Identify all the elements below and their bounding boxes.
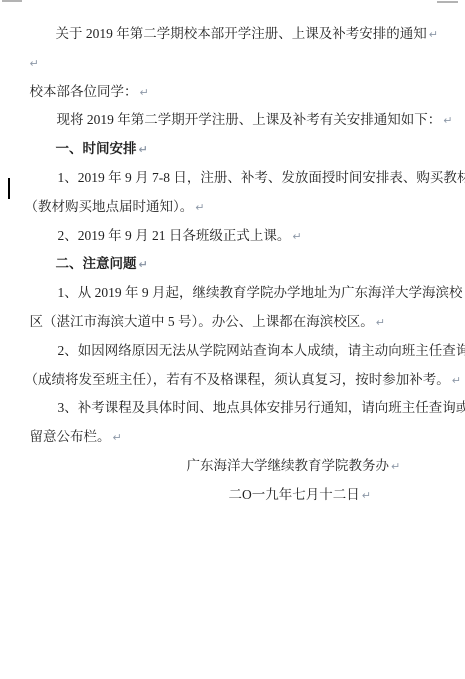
section-2-heading[interactable]: 二、注意问题↵ bbox=[42, 238, 148, 255]
item-2-1-line-1[interactable]: 1、从 2019 年 9 月起，继续教育学院办学地址为广东海洋大学海滨校 bbox=[44, 267, 463, 284]
document-page[interactable]: 关于 2019 年第二学期校本部开学注册、上课及补考安排的通知↵ ↵ 校本部各位… bbox=[0, 0, 465, 679]
line-text: 二O一九年七月十二日 bbox=[229, 487, 360, 502]
margin-crop-mark-right bbox=[437, 1, 458, 3]
item-1-1-line-1[interactable]: 1、2019 年 9 月 7-8 日，注册、补考、发放面授时间安排表、购买教材 bbox=[44, 152, 465, 169]
paragraph-mark-icon: ↵ bbox=[292, 230, 301, 243]
signature-line[interactable]: 广东海洋大学继续教育学院教务办↵ bbox=[173, 440, 400, 457]
item-2-1-line-2[interactable]: 区（湛江市海滨大道中 5 号）。办公、上课都在海滨校区。↵ bbox=[16, 296, 385, 313]
paragraph-mark-icon: ↵ bbox=[362, 489, 371, 502]
paragraph-mark-icon: ↵ bbox=[113, 431, 122, 444]
item-1-2-line[interactable]: 2、2019 年 9 月 21 日各班级正式上课。↵ bbox=[44, 210, 302, 227]
item-2-2-line-1[interactable]: 2、如因网络原因无法从学院网站查询本人成绩，请主动向班主任查询 bbox=[44, 325, 465, 342]
item-1-1-line-2[interactable]: （教材购买地点届时通知）。↵ bbox=[11, 181, 204, 198]
empty-paragraph[interactable]: ↵ bbox=[14, 37, 39, 54]
text-cursor bbox=[8, 178, 10, 199]
salutation-line[interactable]: 校本部各位同学：↵ bbox=[16, 66, 149, 83]
item-2-3-line-1[interactable]: 3、补考课程及具体时间、地点具体安排另行通知，请向班主任查询或 bbox=[44, 382, 465, 399]
paragraph-mark-icon: ↵ bbox=[429, 28, 438, 41]
date-line[interactable]: 二O一九年七月十二日↵ bbox=[215, 469, 371, 486]
intro-line[interactable]: 现将 2019 年第二学期开学注册、上课及补考有关安排通知如下：↵ bbox=[43, 94, 452, 111]
item-2-2-line-2[interactable]: （成绩将发至班主任），若有不及格课程，须认真复习，按时参加补考。↵ bbox=[11, 354, 461, 371]
section-1-heading[interactable]: 一、时间安排↵ bbox=[42, 123, 148, 140]
margin-crop-mark-left bbox=[2, 0, 22, 2]
paragraph-mark-icon: ↵ bbox=[443, 114, 452, 127]
title-line[interactable]: 关于 2019 年第二学期校本部开学注册、上课及补考安排的通知↵ bbox=[42, 8, 438, 25]
paragraph-mark-icon: ↵ bbox=[391, 460, 400, 473]
item-2-3-line-2[interactable]: 留意公布栏。↵ bbox=[16, 411, 122, 428]
line-text: 关于 2019 年第二学期校本部开学注册、上课及补考安排的通知 bbox=[56, 26, 427, 41]
line-text: 留意公布栏。 bbox=[30, 429, 111, 444]
